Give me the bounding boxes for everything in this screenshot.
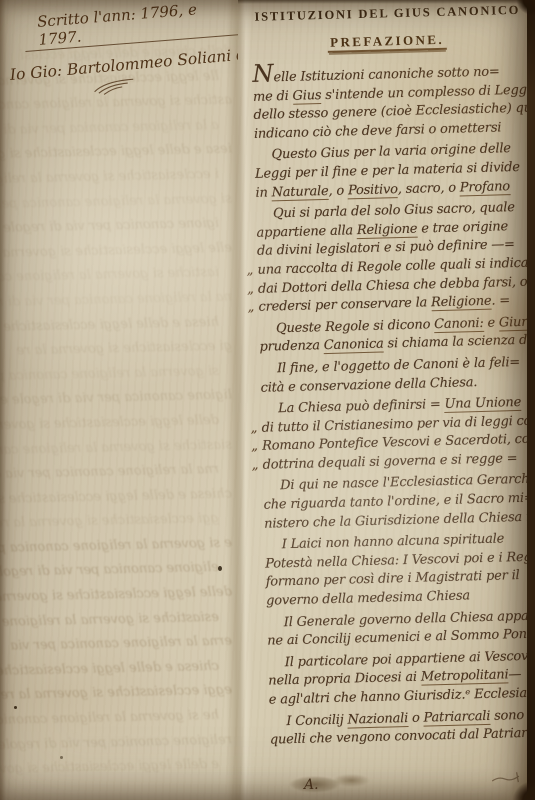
paragraph: Il particolare poi appartiene ai Vescovi…: [268, 647, 535, 710]
bleed-line: chiesa e delle leggi ecclesiastiche si g: [0, 658, 238, 688]
bleed-line: erna la religione canonica per via: [0, 634, 238, 664]
bleed-line: si governa la religione canonica per via: [0, 363, 238, 393]
paragraph: I Laici non hanno alcuna spiritualePotes…: [265, 530, 535, 612]
bleed-line: iastiche si governa la religione cano: [0, 265, 238, 295]
bleed-line: na la religione canonica per via di rego…: [0, 289, 238, 319]
bleed-line: delle leggi ecclesiastiche si governa la…: [0, 412, 238, 442]
bleed-line: ggi ecclesiastiche si governa la re: [0, 511, 238, 541]
manuscript-page: ISTITUZIONI DEL GIUS CANONICO PREFAZIONE…: [238, 0, 535, 800]
bleed-line: e si governa la religione canonica per v…: [0, 535, 238, 565]
ink-speck: [60, 756, 63, 759]
inscription-date: Scritto l'ann: 1796, e 1797.: [23, 0, 238, 52]
ownership-inscription: Scritto l'ann: 1796, e 1797. Io Gio: Bar…: [10, 14, 238, 84]
ink-speck: [14, 706, 17, 709]
corner-shadow-top-right: [513, 0, 535, 20]
bleed-line: eggi ecclesiastiche si governa la re: [0, 683, 238, 713]
paragraph: Di qui ne nasce l'Ecclesiastica Gerarchi…: [263, 471, 535, 534]
bleed-line: a la religione canonica per via di regol…: [0, 117, 238, 147]
top-page-edge: [238, 0, 535, 4]
paragraph: Il fine, e l'oggetto de Canoni è la feli…: [260, 353, 535, 398]
page-title: ISTITUZIONI DEL GIUS CANONICO: [244, 3, 531, 26]
paragraph: Queste Regole si dicono Canoni: e Giuris…: [259, 313, 535, 358]
paragraph: Qui si parla del solo Gius sacro, qualea…: [256, 199, 535, 318]
bleed-line: ligione canonica per via di regole e: [0, 388, 238, 418]
bleed-line: chiesa e delle leggi ecclesiastiche si g: [0, 486, 238, 516]
paragraph: Il Generale governo della Chiesa apparti…: [267, 607, 535, 652]
binding-edge: [527, 0, 535, 800]
corner-shadow-bottom-right: [509, 776, 535, 800]
bleed-line: e delle leggi ecclesiastiche si governa …: [0, 757, 238, 787]
bleed-line: si governa la religione canonica per via: [0, 191, 238, 221]
body-lines: Nelle Istituzioni canoniche sotto no=me …: [239, 57, 535, 750]
paragraph: I Concilij Nazionali o Patriarcali sonoq…: [269, 706, 535, 751]
bleed-line: esiastiche si governa la religione cano: [0, 609, 238, 639]
paragraph: Nelle Istituzioni canoniche sotto no=me …: [252, 57, 535, 144]
left-page-edge: [0, 0, 6, 800]
bleed-line: he si governa la religione canonica per …: [0, 707, 238, 737]
catchword: A.: [304, 777, 319, 793]
bleed-line: astiche si governa la religione cano: [0, 92, 238, 122]
section-heading: PREFAZIONE.: [238, 26, 535, 53]
bleed-line: rna la religione canonica per via di reg…: [0, 461, 238, 491]
paragraph: La Chiesa può definirsi = Una Unione„di …: [261, 393, 535, 475]
bleed-line: siastiche si governa la religione cano: [0, 437, 238, 467]
bleed-through-text: della chiesa e delle leggi ecclesille le…: [0, 46, 238, 784]
bleed-line: elle leggi ecclesiastiche si governa la …: [0, 240, 238, 270]
left-leaf: della chiesa e delle leggi ecclesille le…: [0, 0, 238, 800]
page-content: ISTITUZIONI DEL GIUS CANONICO PREFAZIONE…: [238, 2, 535, 750]
bleed-line: i ecclesiastiche si governa la religione…: [0, 166, 238, 196]
manuscript-photo: della chiesa e delle leggi ecclesille le…: [0, 0, 535, 800]
paragraph: Questo Gius per la varia origine delleLe…: [254, 140, 535, 203]
bleed-line: iesa e delle leggi ecclesiastiche si g: [0, 142, 238, 172]
bleed-line: delle leggi ecclesiastiche si governa la…: [0, 584, 238, 614]
bleed-line: hiesa e delle leggi ecclesiastiche si g: [0, 314, 238, 344]
ink-stain: [286, 770, 382, 796]
bleed-line: religione canonica per via di regole e: [0, 732, 238, 762]
bleed-line: gi ecclesiastiche si governa la re: [0, 338, 238, 368]
bleed-line: igione canonica per via di regole e: [0, 215, 238, 245]
bleed-line: eligione canonica per via di regole e: [0, 560, 238, 590]
section-heading-text: PREFAZIONE.: [327, 32, 447, 53]
ink-speck: [218, 566, 222, 571]
